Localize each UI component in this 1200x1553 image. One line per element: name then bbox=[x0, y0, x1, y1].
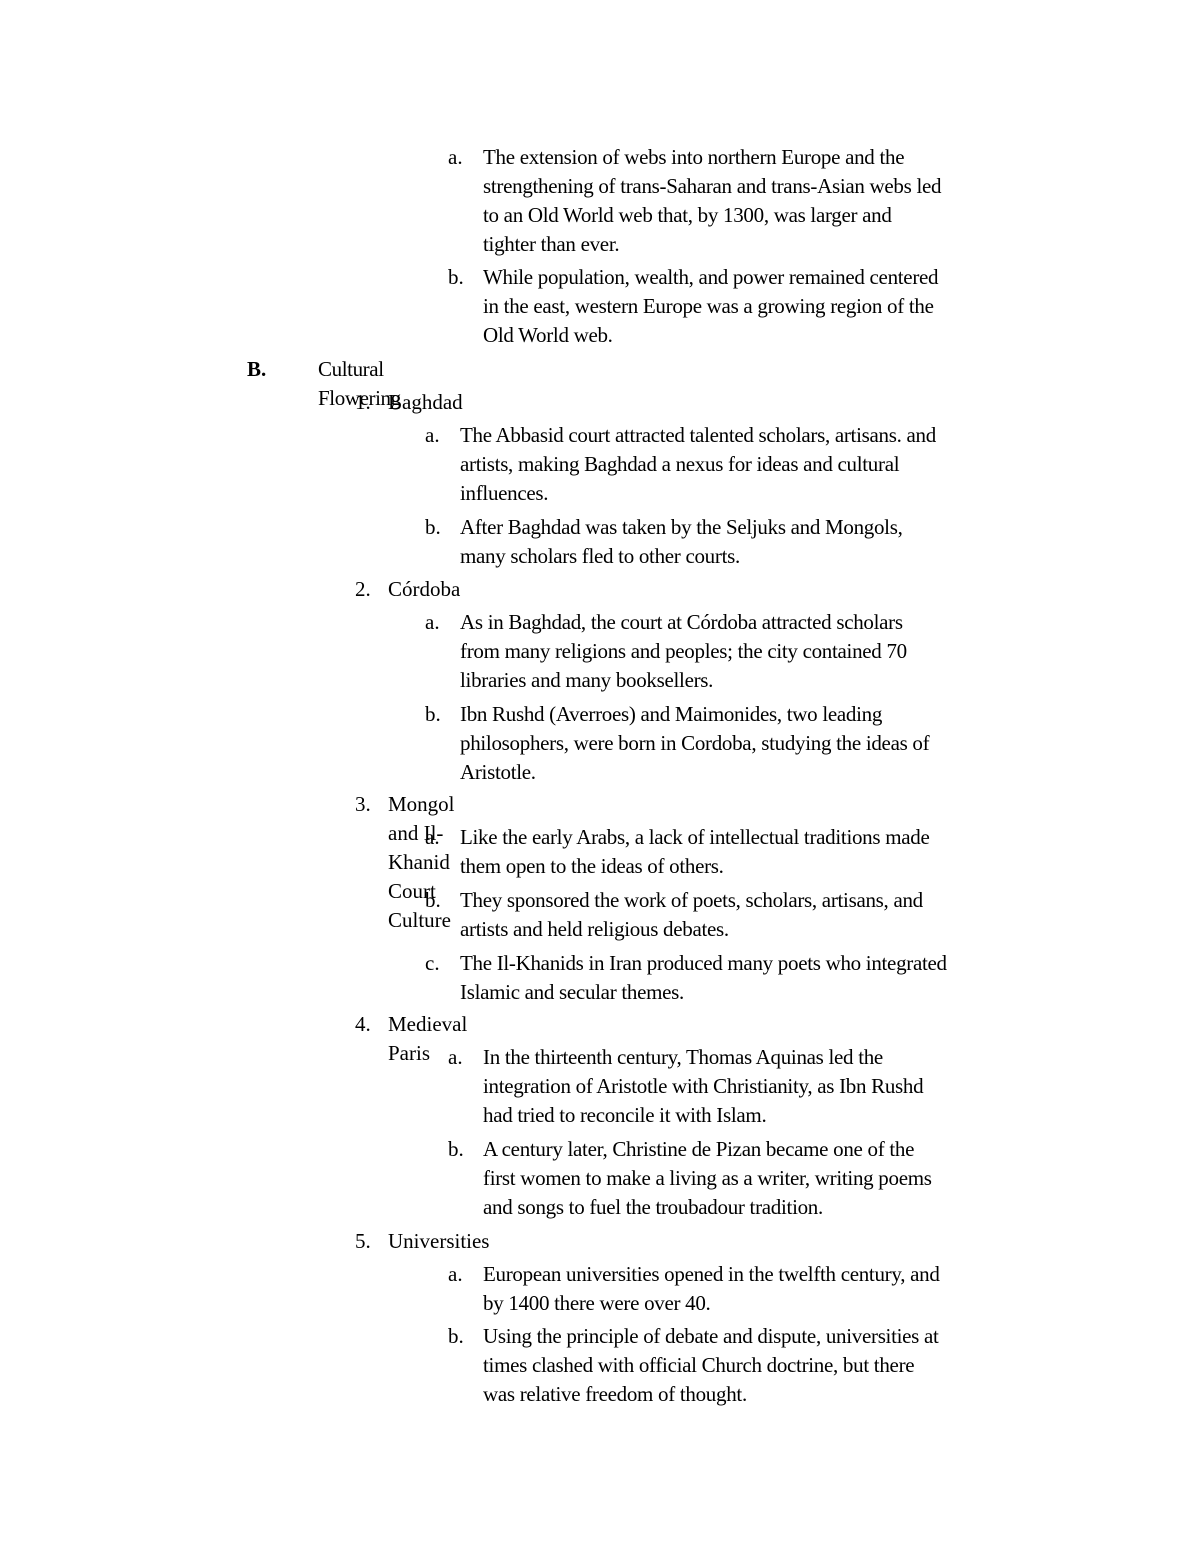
topic-marker: 2. bbox=[355, 575, 371, 604]
topic-title: Universities bbox=[388, 1227, 489, 1256]
item-text: Using the principle of debate and disput… bbox=[483, 1322, 939, 1409]
item-text: In the thirteenth century, Thomas Aquina… bbox=[483, 1043, 923, 1130]
item-marker: a. bbox=[425, 823, 440, 852]
item-text: The Abbasid court attracted talented sch… bbox=[460, 421, 936, 508]
item-text: Like the early Arabs, a lack of intellec… bbox=[460, 823, 929, 881]
topic-title: Córdoba bbox=[388, 575, 460, 604]
topic-marker: 1. bbox=[355, 388, 371, 417]
topic-title: Baghdad bbox=[388, 388, 463, 417]
item-marker: b. bbox=[425, 700, 441, 729]
item-marker: b. bbox=[448, 1322, 464, 1351]
item-text: Ibn Rushd (Averroes) and Maimonides, two… bbox=[460, 700, 929, 787]
item-marker: b. bbox=[448, 1135, 464, 1164]
section-marker: B. bbox=[247, 355, 266, 384]
item-marker: a. bbox=[425, 608, 440, 637]
item-marker: a. bbox=[425, 421, 440, 450]
item-text: The extension of webs into northern Euro… bbox=[483, 143, 941, 259]
item-text: European universities opened in the twel… bbox=[483, 1260, 940, 1318]
item-text: As in Baghdad, the court at Córdoba attr… bbox=[460, 608, 907, 695]
topic-marker: 4. bbox=[355, 1010, 371, 1039]
item-text: After Baghdad was taken by the Seljuks a… bbox=[460, 513, 903, 571]
item-text: The Il-Khanids in Iran produced many poe… bbox=[460, 949, 947, 1007]
item-marker: c. bbox=[425, 949, 440, 978]
item-marker: a. bbox=[448, 1043, 463, 1072]
item-marker: b. bbox=[425, 513, 441, 542]
item-marker: a. bbox=[448, 143, 463, 172]
item-text: They sponsored the work of poets, schola… bbox=[460, 886, 923, 944]
item-marker: a. bbox=[448, 1260, 463, 1289]
topic-marker: 5. bbox=[355, 1227, 371, 1256]
item-text: A century later, Christine de Pizan beca… bbox=[483, 1135, 932, 1222]
document-page: a. The extension of webs into northern E… bbox=[0, 0, 1200, 1553]
item-text: While population, wealth, and power rema… bbox=[483, 263, 938, 350]
item-marker: b. bbox=[425, 886, 441, 915]
topic-marker: 3. bbox=[355, 790, 371, 819]
topic-title: Mongol and Il-Khanid Court Culture bbox=[388, 790, 455, 935]
item-marker: b. bbox=[448, 263, 464, 292]
